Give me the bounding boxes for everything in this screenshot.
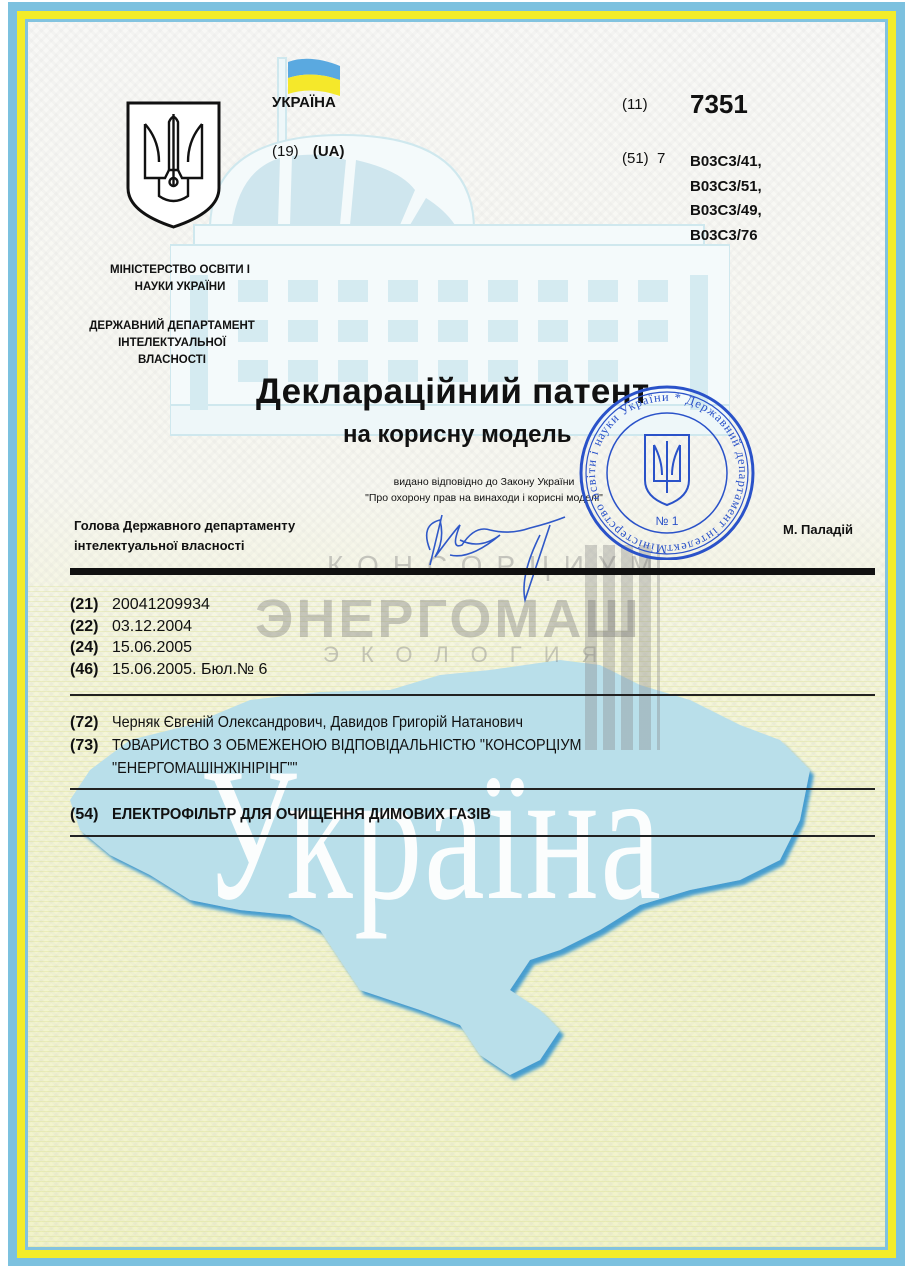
section-divider [70,788,875,790]
official-seal-icon: Міністерство освіти і науки України * Де… [570,385,765,560]
svg-text:№ 1: № 1 [656,514,679,528]
department-line: ВЛАСНОСТІ [58,352,286,369]
department-line: ДЕРЖАВНИЙ ДЕПАРТАМЕНТ [58,318,286,335]
biblio-code: (21) [70,594,112,616]
ukraine-flag-icon [288,59,340,96]
signatory-position-line: Голова Державного департаменту [74,516,295,536]
trident-coat-of-arms-icon [125,100,222,230]
patent-number: 7351 [690,89,748,120]
biblio-code: (22) [70,616,112,638]
code51-field: (51) 7 [622,150,665,167]
invention-title: ЕЛЕКТРОФІЛЬТР ДЛЯ ОЧИЩЕННЯ ДИМОВИХ ГАЗІВ [112,806,491,824]
department-line: ІНТЕЛЕКТУАЛЬНОЇ [58,335,286,352]
biblio-row: (46)15.06.2005. Бюл.№ 6 [70,659,267,681]
code19-label: (19) [272,143,299,160]
code51-label: (51) [622,150,649,167]
biblio-code: (72) [70,711,112,734]
department-name: ДЕРЖАВНИЙ ДЕПАРТАМЕНТ ІНТЕЛЕКТУАЛЬНОЇ ВЛ… [58,318,286,369]
ipc-edition: 7 [657,150,665,167]
ministry-line: МІНІСТЕРСТВО ОСВІТИ І [70,262,290,279]
biblio-code: (54) [70,806,112,824]
biblio-code: (24) [70,637,112,659]
inventors-row: (72)Черняк Євгеній Олександрович, Давидо… [70,711,634,734]
ministry-name: МІНІСТЕРСТВО ОСВІТИ І НАУКИ УКРАЇНИ [70,262,290,296]
section-divider [70,694,875,696]
owner: ТОВАРИСТВО З ОБМЕЖЕНОЮ ВІДПОВІДАЛЬНІСТЮ … [112,734,581,780]
ipc-class: B03C3/41, [690,150,762,175]
document-subtitle: на корисну модель [343,421,572,449]
code19-value: (UA) [313,143,345,160]
bibliographic-data: (21)20041209934 (22)03.12.2004 (24)15.06… [70,594,267,680]
invention-title-section: (54)ЕЛЕКТРОФІЛЬТР ДЛЯ ОЧИЩЕННЯ ДИМОВИХ Г… [70,806,524,824]
section-divider [70,835,875,837]
filing-date: 03.12.2004 [112,618,192,635]
inventors: Черняк Євгеній Олександрович, Давидов Гр… [112,711,523,734]
application-number: 20041209934 [112,596,210,613]
ipc-class-list: B03C3/41, B03C3/51, B03C3/49, B03C3/76 [690,150,762,248]
owner-row: (73)ТОВАРИСТВО З ОБМЕЖЕНОЮ ВІДПОВІДАЛЬНІ… [70,734,634,780]
inventors-owner-section: (72)Черняк Євгеній Олександрович, Давидо… [70,711,634,780]
biblio-code: (73) [70,734,112,757]
code11-label: (11) [622,96,648,113]
signatory-position-line: інтелектуальної власності [74,536,295,556]
ipc-class: B03C3/76 [690,224,762,249]
owner-line: ТОВАРИСТВО З ОБМЕЖЕНОЮ ВІДПОВІДАЛЬНІСТЮ … [112,737,581,754]
country-name: УКРАЇНА [272,94,336,111]
biblio-code: (46) [70,659,112,681]
biblio-row: (22)03.12.2004 [70,616,267,638]
country-code-field: (19) (UA) [272,143,345,160]
section-divider-thick [70,568,875,575]
svg-text:Міністерство освіти і науки Ук: Міністерство освіти і науки України * Де… [570,385,750,556]
ipc-class: B03C3/51, [690,175,762,200]
ministry-line: НАУКИ УКРАЇНИ [70,279,290,296]
biblio-row: (24)15.06.2005 [70,637,267,659]
owner-line: "ЕНЕРГОМАШІНЖІНІРІНГ"" [112,760,297,777]
signatory-name: М. Паладій [783,522,853,537]
ipc-class: B03C3/49, [690,199,762,224]
logo-text-bottom: ЭКОЛОГИЯ [323,642,619,668]
biblio-row: (21)20041209934 [70,594,267,616]
effective-date: 15.06.2005 [112,639,192,656]
publication-date: 15.06.2005. Бюл.№ 6 [112,661,267,678]
signatory-position: Голова Державного департаменту інтелекту… [74,516,295,556]
